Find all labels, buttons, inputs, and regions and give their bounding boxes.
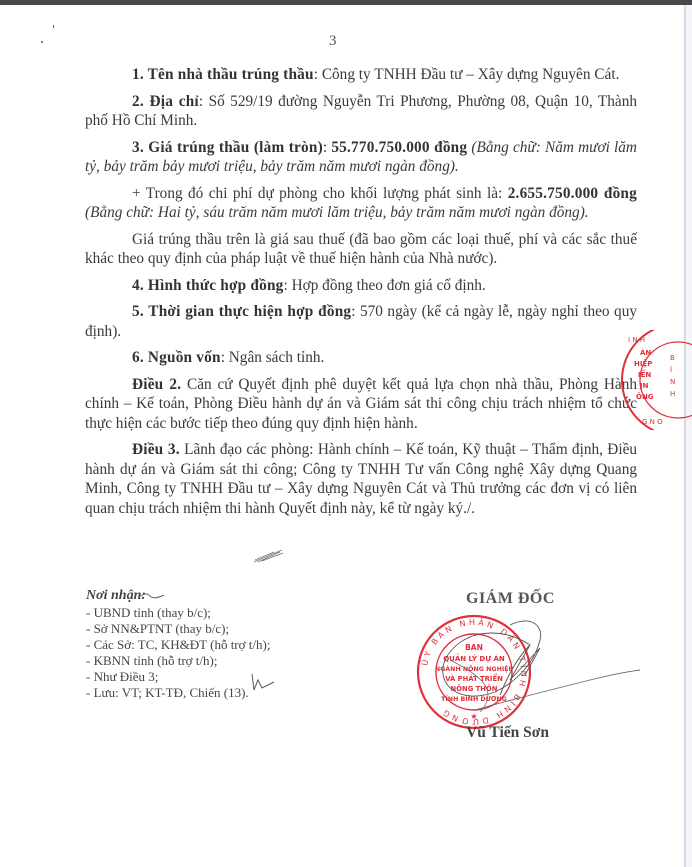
clerk-initial-icon bbox=[250, 672, 276, 694]
signer-name: Vũ Tiến Sơn bbox=[466, 724, 549, 742]
recipient-item: - Các Sở: TC, KH&ĐT (hỗ trợ t/h); bbox=[86, 637, 270, 653]
svg-text:N: N bbox=[670, 378, 675, 386]
svg-text:Ì: Ì bbox=[670, 365, 672, 374]
item-address: 2. Địa chỉ: Số 529/19 đường Nguyễn Tri P… bbox=[85, 92, 637, 131]
svg-text:IỂN: IỂN bbox=[638, 369, 651, 379]
page-number: 3 bbox=[329, 33, 337, 50]
svg-text:HIỆP: HIỆP bbox=[634, 359, 652, 368]
item-contract-form: 4. Hình thức hợp đồng: Hợp đồng theo đơn… bbox=[85, 276, 637, 296]
viewer-top-bar bbox=[0, 0, 692, 5]
recipients-title: Nơi nhận: bbox=[86, 588, 270, 604]
svg-text:ÔNG: ÔNG bbox=[636, 392, 654, 401]
recipient-item: - Sở NN&PTNT (thay b/c); bbox=[86, 621, 270, 637]
item-winning-price: 3. Giá trúng thầu (làm tròn): 55.770.750… bbox=[85, 138, 637, 177]
item-contingency-cost: + Trong đó chi phí dự phòng cho khối lượ… bbox=[85, 184, 637, 223]
svg-text:I N H: I N H bbox=[628, 336, 645, 344]
recipient-item: - KBNN tỉnh (hỗ trợ t/h); bbox=[86, 653, 270, 669]
article-2: Điều 2. Căn cứ Quyết định phê duyệt kết … bbox=[85, 375, 637, 434]
handwritten-signature-icon bbox=[440, 600, 640, 730]
recipient-item: - UBND tỉnh (thay b/c); bbox=[86, 605, 270, 621]
svg-text:JN: JN bbox=[639, 382, 649, 390]
item-price-note: Giá trúng thầu trên là giá sau thuế (đã … bbox=[85, 230, 637, 269]
scan-speck bbox=[41, 41, 43, 43]
article-3: Điều 3. Lãnh đạo các phòng: Hành chính –… bbox=[85, 440, 637, 518]
recipient-item: - Lưu: VT; KT-TĐ, Chiến (13). bbox=[86, 685, 270, 701]
svg-text:H: H bbox=[670, 390, 675, 398]
recipient-item: - Như Điều 3; bbox=[86, 669, 270, 685]
item-contractor-name: 1. Tên nhà thầu trúng thầu: Công ty TNHH… bbox=[85, 65, 637, 85]
item-contract-duration: 5. Thời gian thực hiện hợp đồng: 570 ngà… bbox=[85, 302, 637, 341]
scan-speck bbox=[53, 25, 54, 28]
item-funding-source: 6. Nguồn vốn: Ngân sách tỉnh. bbox=[85, 348, 637, 368]
svg-text:G N O: G N O bbox=[642, 418, 663, 426]
recipients-scribble-icon bbox=[140, 590, 166, 600]
recipients-list: Nơi nhận: - UBND tỉnh (thay b/c); - Sở N… bbox=[86, 588, 270, 701]
document-body: 1. Tên nhà thầu trúng thầu: Công ty TNHH… bbox=[85, 65, 637, 525]
page-shadow bbox=[686, 5, 692, 867]
svg-text:B: B bbox=[670, 354, 675, 362]
stamp-fragment-icon: ÁN HIỆP IỂN JN ÔNG I N H B Ì N H G N O bbox=[612, 330, 692, 430]
svg-text:ÁN: ÁN bbox=[640, 348, 651, 357]
initial-scribble-icon bbox=[252, 548, 286, 564]
